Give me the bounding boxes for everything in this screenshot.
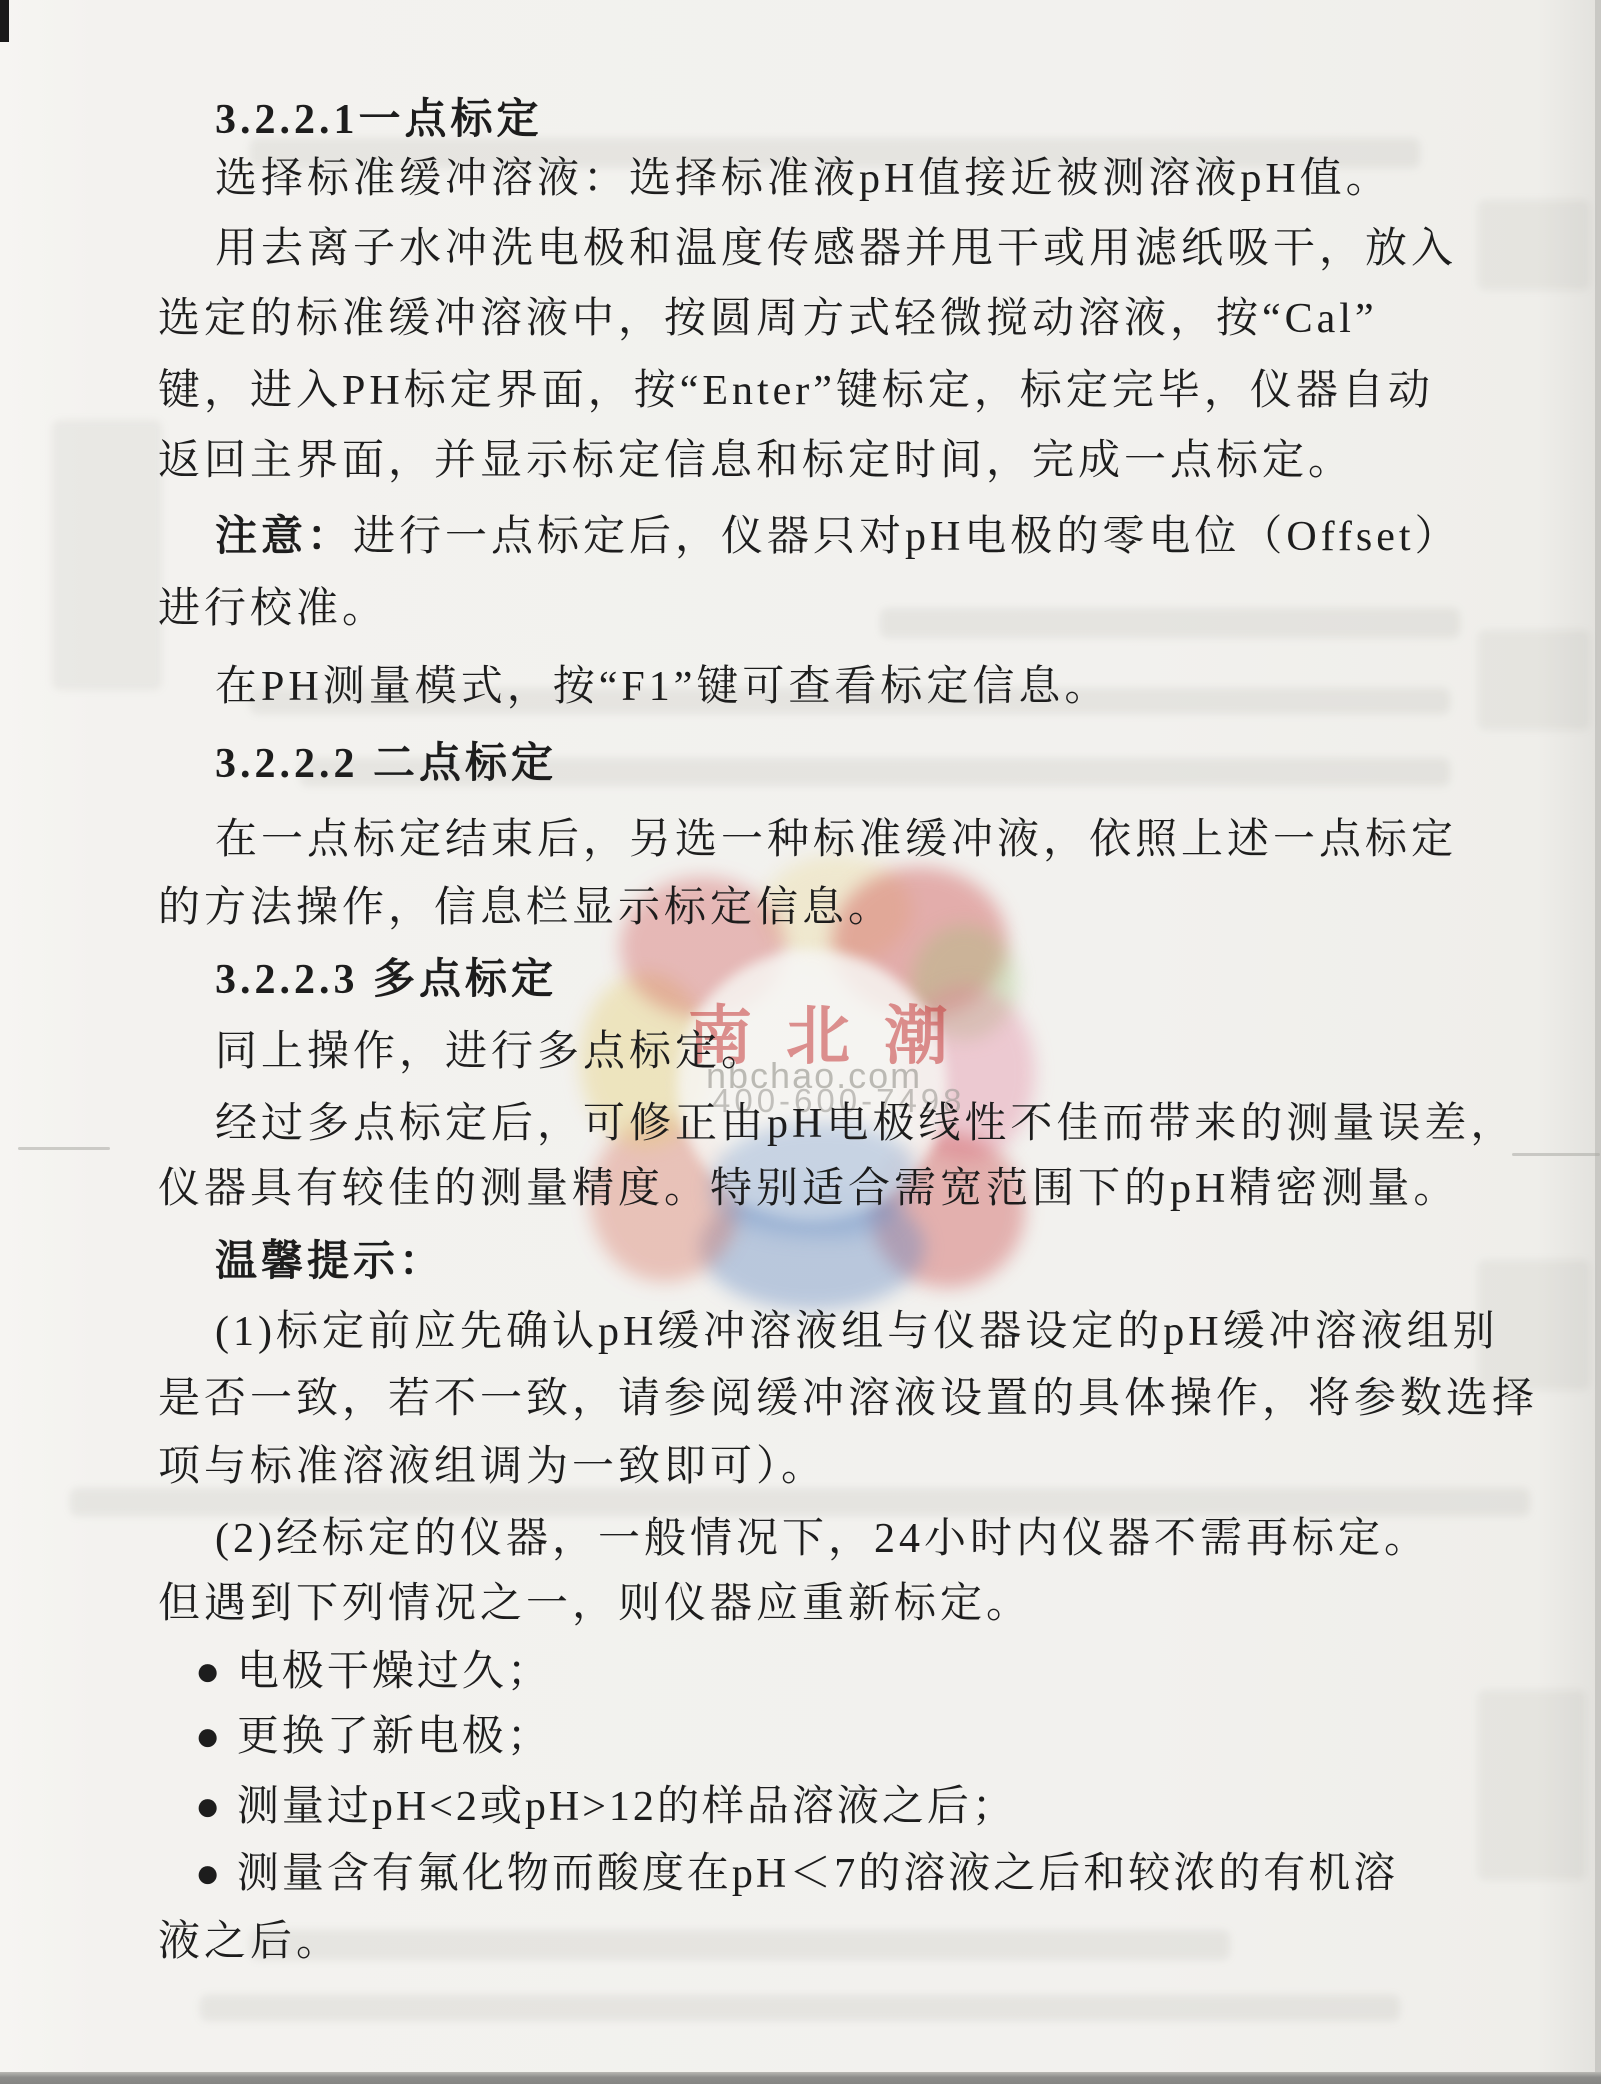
- section-heading: 3.2.2.3 多点标定: [215, 956, 557, 1004]
- text-line: 在PH测量模式，按“F1”键可查看标定信息。: [215, 663, 1110, 711]
- text-line: 经过多点标定后，可修正由pH电极线性不佳而带来的测量误差，: [215, 1100, 1516, 1148]
- bullet-item: ● 测量含有氟化物而酸度在pH＜7的溶液之后和较浓的有机溶: [195, 1850, 1398, 1898]
- bleedthrough-smudge: [52, 420, 162, 690]
- text-line: 返回主界面，并显示标定信息和标定时间，完成一点标定。: [158, 437, 1354, 485]
- text-line: (1)标定前应先确认pH缓冲溶液组与仪器设定的pH缓冲溶液组别: [215, 1308, 1499, 1356]
- text-line: 选定的标准缓冲溶液中，按圆周方式轻微搅动溶液，按“Cal”: [158, 295, 1378, 343]
- text-line: 同上操作，进行多点标定。: [215, 1028, 767, 1076]
- watermark-blob: [912, 925, 1017, 1040]
- section-heading: 温馨提示：: [215, 1238, 445, 1286]
- bleedthrough-smudge: [1478, 1690, 1586, 1880]
- bleedthrough-smudge: [70, 1488, 1530, 1516]
- section-heading: 3.2.2.2 二点标定: [215, 740, 557, 788]
- bleedthrough-smudge: [880, 608, 1460, 638]
- bleedthrough-smudge: [1478, 200, 1590, 290]
- text-line-note: 注意：进行一点标定后，仪器只对pH电极的零电位（Offset）: [215, 513, 1461, 561]
- crease-line: [18, 1147, 110, 1150]
- text-line: 但遇到下列情况之一，则仪器应重新标定。: [158, 1580, 1032, 1628]
- crease-line: [1512, 1153, 1600, 1156]
- text-line: 选择标准缓冲溶液：选择标准液pH值接近被测溶液pH值。: [215, 155, 1392, 203]
- text-line: 项与标准溶液组调为一致即可）。: [158, 1443, 827, 1491]
- text-line: 键，进入PH标定界面，按“Enter”键标定，标定完毕，仪器自动: [158, 367, 1434, 415]
- text-line: 仪器具有较佳的测量精度。特别适合需宽范围下的pH精密测量。: [158, 1165, 1459, 1213]
- bleedthrough-smudge: [1478, 630, 1590, 730]
- text-line: (2)经标定的仪器，一般情况下，24小时内仪器不需再标定。: [215, 1515, 1430, 1563]
- text-line: 在一点标定结束后，另选一种标准缓冲液，依照上述一点标定: [215, 816, 1457, 864]
- text-line: 液之后。: [158, 1918, 342, 1966]
- bullet-item: ● 更换了新电极；: [195, 1713, 552, 1761]
- bullet-item: ● 测量过pH<2或pH>12的样品溶液之后；: [195, 1783, 1017, 1831]
- bullet-item: ● 电极干燥过久；: [195, 1648, 552, 1696]
- bleedthrough-smudge: [200, 1995, 1400, 2021]
- scan-bottom-edge: [0, 2072, 1601, 2084]
- text-line: 的方法操作，信息栏显示标定信息。: [158, 884, 894, 932]
- scan-corner-mark: [0, 0, 9, 42]
- text-line: 是否一致，若不一致，请参阅缓冲溶液设置的具体操作，将参数选择: [158, 1375, 1538, 1423]
- text-line: 进行校准。: [158, 585, 388, 633]
- bleedthrough-smudge: [250, 1930, 1230, 1960]
- section-heading: 3.2.2.1一点标定: [215, 96, 543, 144]
- scan-page-edge: [1595, 0, 1601, 2084]
- text-line: 用去离子水冲洗电极和温度传感器并甩干或用滤纸吸干，放入: [215, 225, 1457, 273]
- scanned-manual-page: 南北潮 nbchao.com 400-600-7498 3.2.2.1一点标定 …: [0, 0, 1601, 2084]
